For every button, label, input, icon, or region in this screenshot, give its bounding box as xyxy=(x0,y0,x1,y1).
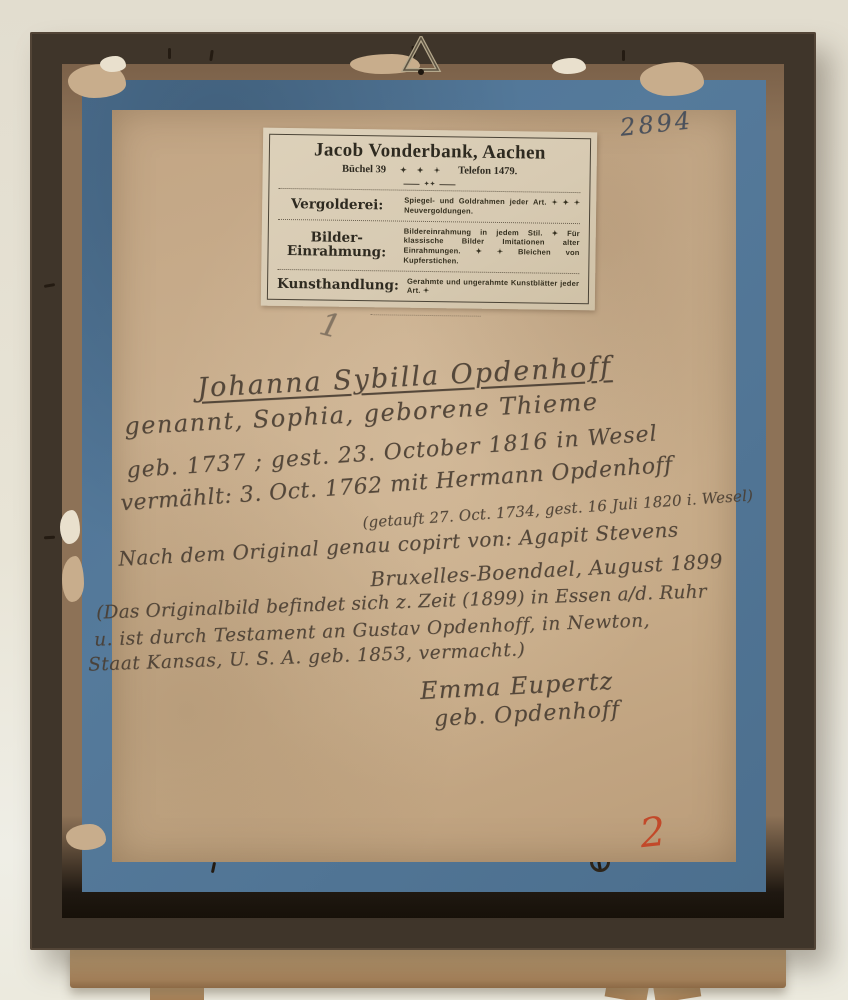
dealer-label: Jacob Vonderbank, Aachen Büchel 39 ✦ ✦ ✦… xyxy=(261,128,597,311)
paper-tear xyxy=(100,56,126,72)
paper-tear xyxy=(62,556,84,602)
nail xyxy=(168,48,171,59)
label-row-vergolderei: Vergolderei: Spiegel- und Goldrahmen jed… xyxy=(278,188,580,223)
label-desc: Spiegel- und Goldrahmen jeder Art. ✦ ✦ ✦… xyxy=(404,196,580,218)
easel-crossbar xyxy=(70,946,786,988)
red-index-number: 2 xyxy=(638,809,668,857)
divider-line xyxy=(439,184,455,185)
backing-paper: Jacob Vonderbank, Aachen Büchel 39 ✦ ✦ ✦… xyxy=(112,110,736,862)
paper-tear xyxy=(60,510,80,544)
nail xyxy=(211,862,216,873)
nail xyxy=(44,283,55,288)
blue-paper-border: Jacob Vonderbank, Aachen Büchel 39 ✦ ✦ ✦… xyxy=(82,80,766,892)
paper-tear xyxy=(640,62,704,96)
nail xyxy=(209,50,214,61)
paper-tear xyxy=(66,824,106,850)
label-telephone: Telefon 1479. xyxy=(458,165,517,177)
label-row-einrahmung: Bilder- Einrahmung: Bildereinrahmung in … xyxy=(277,218,580,272)
label-term: Vergolderei: xyxy=(278,197,396,213)
paper-tear xyxy=(552,58,586,74)
label-row-kunsthandlung: Kunsthandlung: Gerahmte und ungerahmte K… xyxy=(277,268,579,303)
label-subtitle: Büchel 39 ✦ ✦ ✦ Telefon 1479. xyxy=(279,163,581,178)
label-term: Bilder- Einrahmung: xyxy=(277,230,395,260)
printer-imprint-line xyxy=(371,314,481,319)
inventory-number: 2894 xyxy=(619,106,695,141)
divider-line xyxy=(404,183,420,184)
nail xyxy=(44,536,55,540)
label-term: Kunsthandlung: xyxy=(277,277,399,293)
label-desc: Bildereinrahmung in jedem Stil. ✦ Für kl… xyxy=(403,226,580,267)
star-ornament: ✦ ✦ ✦ xyxy=(400,166,444,176)
picture-frame-back: Jacob Vonderbank, Aachen Büchel 39 ✦ ✦ ✦… xyxy=(30,32,816,950)
photo-scene: Jacob Vonderbank, Aachen Büchel 39 ✦ ✦ ✦… xyxy=(0,0,848,1000)
label-desc: Gerahmte und ungerahmte Kunstblätter jed… xyxy=(407,276,579,298)
frame-stretcher: Jacob Vonderbank, Aachen Büchel 39 ✦ ✦ ✦… xyxy=(62,64,784,918)
divider-star-icon: ✦✦ xyxy=(424,180,436,188)
label-content: Jacob Vonderbank, Aachen Büchel 39 ✦ ✦ ✦… xyxy=(261,128,597,310)
pencil-mark: 1 xyxy=(316,304,345,346)
label-address: Büchel 39 xyxy=(342,164,386,176)
hanging-ring-icon xyxy=(398,36,444,76)
nail xyxy=(622,50,625,61)
label-title: Jacob Vonderbank, Aachen xyxy=(279,140,581,163)
